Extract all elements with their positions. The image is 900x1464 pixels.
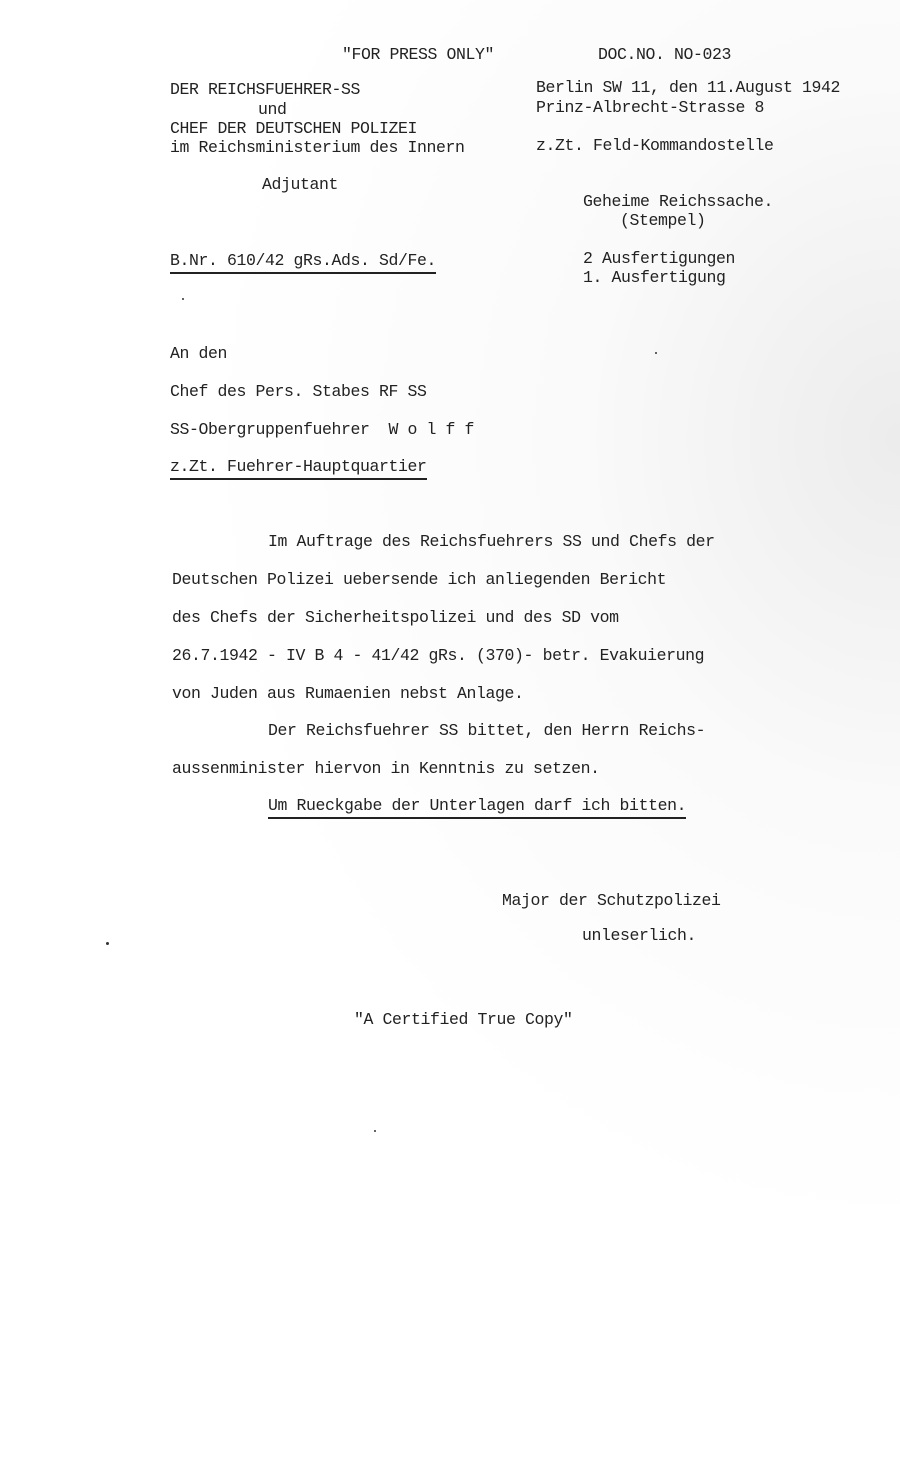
press-note: "FOR PRESS ONLY" xyxy=(342,47,494,64)
stamp-note: (Stempel) xyxy=(620,213,706,230)
recipient-line-3: SS-Obergruppenfuehrer W o l f f xyxy=(170,422,474,439)
sender-line-3: CHEF DER DEUTSCHEN POLIZEI xyxy=(170,121,417,138)
recipient-line-4: z.Zt. Fuehrer-Hauptquartier xyxy=(170,459,427,480)
copy-number: 1. Ausfertigung xyxy=(583,270,726,287)
body-line: Der Reichsfuehrer SS bittet, den Herrn R… xyxy=(268,723,705,740)
sender-line-4: im Reichsministerium des Innern xyxy=(170,140,465,157)
body-line: Deutschen Polizei uebersende ich anliege… xyxy=(172,572,666,589)
paper-speck xyxy=(106,942,109,945)
document-page: "FOR PRESS ONLY" DOC.NO. NO-023 DER REIC… xyxy=(0,0,900,1464)
body-line: von Juden aus Rumaenien nebst Anlage. xyxy=(172,686,524,703)
recipient-line-2: Chef des Pers. Stabes RF SS xyxy=(170,384,427,401)
body-line: Im Auftrage des Reichsfuehrers SS und Ch… xyxy=(268,534,715,551)
document-number: DOC.NO. NO-023 xyxy=(598,47,731,64)
classification: Geheime Reichssache. xyxy=(583,194,773,211)
certification-note: "A Certified True Copy" xyxy=(354,1012,573,1029)
signature-title: Major der Schutzpolizei xyxy=(502,893,721,910)
copies-total: 2 Ausfertigungen xyxy=(583,251,735,268)
sender-line-1: DER REICHSFUEHRER-SS xyxy=(170,82,360,99)
current-location: z.Zt. Feld-Kommandostelle xyxy=(536,138,774,155)
place-date: Berlin SW 11, den 11.August 1942 xyxy=(536,80,840,97)
body-line: des Chefs der Sicherheitspolizei und des… xyxy=(172,610,619,627)
body-line: aussenminister hiervon in Kenntnis zu se… xyxy=(172,761,600,778)
paper-speck xyxy=(655,352,657,354)
recipient-line-1: An den xyxy=(170,346,227,363)
return-request: Um Rueckgabe der Unterlagen darf ich bit… xyxy=(268,798,686,819)
sender-office: Adjutant xyxy=(262,177,338,194)
paper-speck xyxy=(182,298,184,300)
signature-name: unleserlich. xyxy=(582,928,696,945)
street-address: Prinz-Albrecht-Strasse 8 xyxy=(536,100,764,117)
body-line: 26.7.1942 - IV B 4 - 41/42 gRs. (370)- b… xyxy=(172,648,704,665)
sender-line-2: und xyxy=(258,102,287,119)
paper-speck xyxy=(374,1130,376,1132)
reference-number: B.Nr. 610/42 gRs.Ads. Sd/Fe. xyxy=(170,253,436,274)
